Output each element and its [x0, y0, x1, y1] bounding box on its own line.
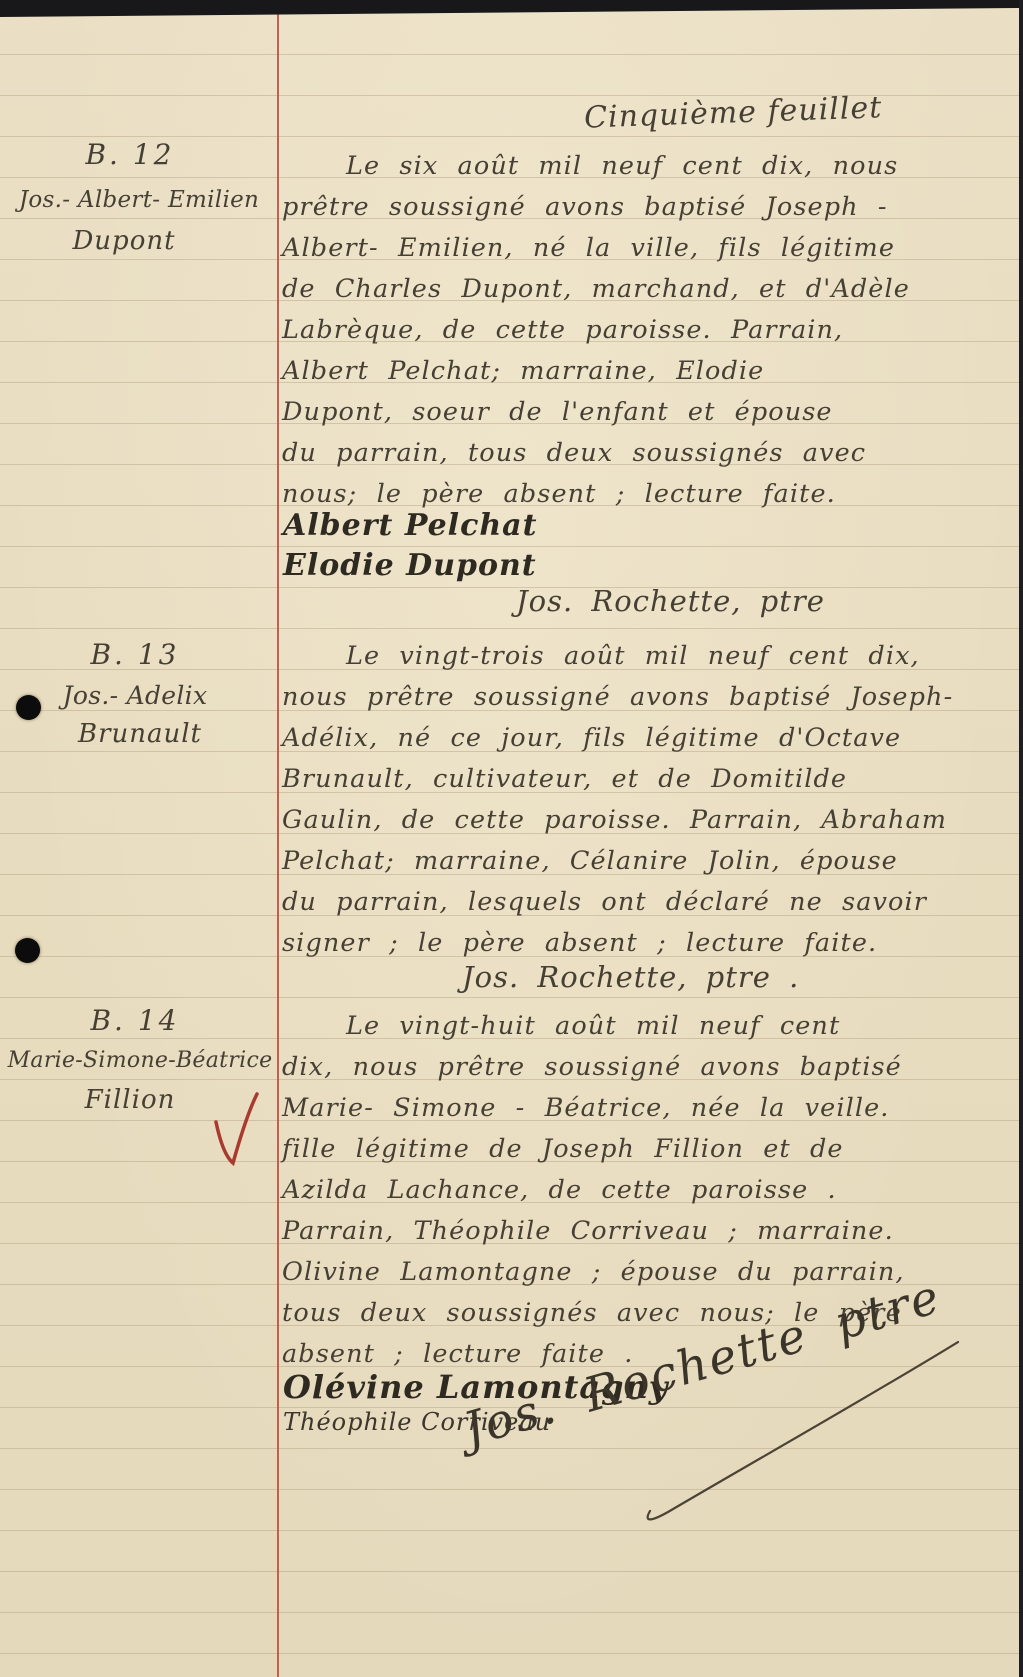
signature: Elodie Dupont — [283, 546, 537, 586]
entry-child-surname: Brunault — [25, 719, 255, 749]
record-line: signer ; le père absent ; lecture faite. — [282, 923, 1002, 964]
entry-child-surname: Fillion — [15, 1085, 245, 1115]
record-line: Albert Pelchat; marraine, Elodie — [282, 351, 1002, 392]
entry-child-surname: Dupont — [4, 226, 244, 256]
record-line: Albert- Emilien, né la ville, fils légit… — [282, 228, 1002, 269]
record-line: fille légitime de Joseph Fillion et de — [282, 1129, 1002, 1170]
record-line: Le vingt-trois août mil neuf cent dix, — [282, 636, 1002, 677]
red-margin-rule-line — [277, 12, 279, 1677]
priest-signature: Jos. Rochette, ptre — [516, 584, 825, 618]
baptism-record: Le six août mil neuf cent dix, nous prêt… — [282, 146, 1002, 515]
record-line: dix, nous prêtre soussigné avons baptisé — [282, 1047, 1002, 1088]
record-line: Brunault, cultivateur, et de Domitilde — [282, 759, 1002, 800]
record-line: de Charles Dupont, marchand, et d'Adèle — [282, 269, 1002, 310]
record-line: du parrain, tous deux soussignés avec — [282, 433, 1002, 474]
record-line: Parrain, Théophile Corriveau ; marraine. — [282, 1211, 1002, 1252]
scan-edge-right — [1019, 0, 1023, 1677]
record-line: Le six août mil neuf cent dix, nous — [282, 146, 1002, 187]
witness-signatures: Albert Pelchat Elodie Dupont — [283, 506, 537, 586]
record-line: Le vingt-huit août mil neuf cent — [282, 1006, 1002, 1047]
entry-number: B. 14 — [35, 1004, 235, 1037]
record-line: Pelchat; marraine, Célanire Jolin, épous… — [282, 841, 1002, 882]
entry-child-name: Jos.- Albert- Emilien — [6, 187, 272, 213]
baptism-record: Le vingt-trois août mil neuf cent dix, n… — [282, 636, 1002, 964]
record-line: Marie- Simone - Béatrice, née la veille. — [282, 1088, 1002, 1129]
record-line: Labrèque, de cette paroisse. Parrain, — [282, 310, 1002, 351]
priest-signature: Jos. Rochette, ptre . — [462, 960, 799, 994]
record-line: Azilda Lachance, de cette paroisse . — [282, 1170, 1002, 1211]
record-line: Gaulin, de cette paroisse. Parrain, Abra… — [282, 800, 1002, 841]
signature: Albert Pelchat — [283, 506, 537, 546]
entry-child-name: Jos.- Adelix — [20, 681, 250, 710]
entry-child-name: Marie-Simone-Béatrice — [0, 1048, 280, 1073]
record-line: du parrain, lesquels ont déclaré ne savo… — [282, 882, 1002, 923]
entry-number: B. 13 — [35, 638, 235, 671]
record-line: nous prêtre soussigné avons baptisé Jose… — [282, 677, 1002, 718]
record-line: prêtre soussigné avons baptisé Joseph - — [282, 187, 1002, 228]
record-line: Adélix, né ce jour, fils légitime d'Octa… — [282, 718, 1002, 759]
entry-number: B. 12 — [30, 138, 230, 171]
record-line: Dupont, soeur de l'enfant et épouse — [282, 392, 1002, 433]
punch-hole — [15, 938, 40, 963]
